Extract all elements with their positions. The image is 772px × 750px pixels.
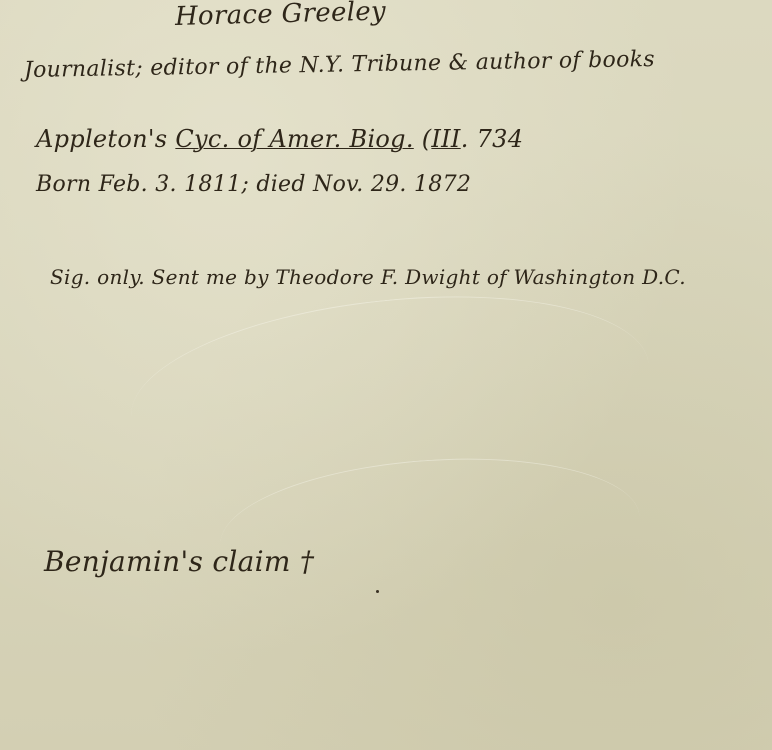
reference-page: . 734	[461, 125, 524, 153]
reference-middle: (	[414, 125, 432, 153]
paper-crease	[216, 446, 645, 616]
ink-dot	[376, 590, 379, 593]
document-page: Horace Greeley Journalist; editor of the…	[0, 0, 772, 750]
paper-crease	[122, 273, 658, 507]
provenance-line: Sig. only. Sent me by Theodore F. Dwight…	[50, 265, 686, 289]
document-title: Horace Greeley	[175, 0, 387, 32]
dates-line: Born Feb. 3. 1811; died Nov. 29. 1872	[36, 172, 471, 197]
reference-line: Appleton's Cyc. of Amer. Biog. (III. 734	[36, 125, 523, 153]
reference-source: Cyc. of Amer. Biog.	[175, 125, 413, 153]
catalog-note-line: Benjamin's claim †	[44, 545, 314, 578]
reference-volume: III	[431, 125, 460, 153]
reference-prefix: Appleton's	[36, 125, 175, 153]
description-line: Journalist; editor of the N.Y. Tribune &…	[24, 47, 655, 83]
